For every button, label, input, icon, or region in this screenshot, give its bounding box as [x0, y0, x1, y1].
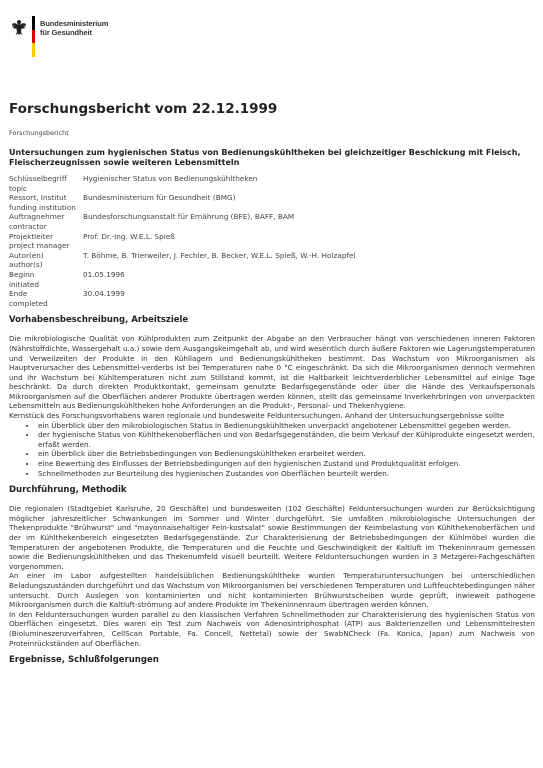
- report-subtitle: Untersuchungen zum hygienischen Status v…: [9, 148, 535, 168]
- metadata-row: Ressort, Institutfunding institutionBund…: [9, 193, 356, 212]
- document-type: Forschungsbericht: [9, 129, 535, 138]
- ministry-name-line2: für Gesundheit: [40, 28, 108, 37]
- metadata-label-de: Projektleiter: [9, 232, 83, 242]
- metadata-label: Beginninitiated: [9, 270, 83, 289]
- metadata-label: Auftragnehmercontractor: [9, 212, 83, 231]
- metadata-value: 30.04.1999: [83, 289, 356, 308]
- metadata-table: SchlüsselbegrifftopicHygienischer Status…: [9, 174, 356, 308]
- method-paragraph-1: Die regionalen (Stadtgebiet Karlsruhe, 2…: [9, 504, 535, 571]
- metadata-label: Projektleiterproject manager: [9, 232, 83, 251]
- metadata-label-de: Auftragnehmer: [9, 212, 83, 222]
- metadata-label-de: Ressort, Institut: [9, 193, 83, 203]
- metadata-row: AuftragnehmercontractorBundesforschungsa…: [9, 212, 356, 231]
- flag-bar: [32, 16, 35, 57]
- metadata-label-en: topic: [9, 184, 83, 194]
- metadata-row: Endecompleted30.04.1999: [9, 289, 356, 308]
- metadata-value: T. Böhme, B. Trierweiler, J. Fechler, B.…: [83, 251, 356, 270]
- report-content: Forschungsbericht vom 22.12.1999 Forschu…: [9, 101, 535, 666]
- metadata-value: Prof. Dr.-Ing. W.E.L. Spieß: [83, 232, 356, 251]
- ministry-name: Bundesministerium für Gesundheit: [40, 19, 108, 37]
- metadata-label-de: Ende: [9, 289, 83, 299]
- metadata-label-de: Beginn: [9, 270, 83, 280]
- metadata-label: Autor(en)author(s): [9, 251, 83, 270]
- metadata-label: Schlüsselbegrifftopic: [9, 174, 83, 193]
- metadata-label: Endecompleted: [9, 289, 83, 308]
- ministry-name-line1: Bundesministerium: [40, 19, 108, 28]
- metadata-row: Autor(en)author(s)T. Böhme, B. Trierweil…: [9, 251, 356, 270]
- metadata-label-en: project manager: [9, 241, 83, 251]
- metadata-label-en: funding institution: [9, 203, 83, 213]
- metadata-row: Projektleiterproject managerProf. Dr.-In…: [9, 232, 356, 251]
- metadata-label-en: completed: [9, 299, 83, 309]
- list-item: ein Überblick über die Betriebsbedingung…: [37, 449, 535, 459]
- section-heading-results: Ergebnisse, Schlußfolgerungen: [9, 655, 535, 666]
- federal-eagle-icon: [11, 19, 27, 36]
- metadata-row: SchlüsselbegrifftopicHygienischer Status…: [9, 174, 356, 193]
- list-item: der hygienische Status von Kühlthekenobe…: [37, 430, 535, 449]
- list-item: Schnellmethoden zur Beurteilung des hygi…: [37, 469, 535, 479]
- metadata-label-en: initiated: [9, 280, 83, 290]
- section-heading-goals: Vorhabensbeschreibung, Arbeitsziele: [9, 315, 535, 326]
- metadata-value: Hygienischer Status von Bedienungskühlth…: [83, 174, 356, 193]
- metadata-label-en: contractor: [9, 222, 83, 232]
- metadata-label: Ressort, Institutfunding institution: [9, 193, 83, 212]
- metadata-label-en: author(s): [9, 260, 83, 270]
- metadata-label-de: Schlüsselbegriff: [9, 174, 83, 184]
- method-paragraph-3: In den Felduntersuchungen wurden paralle…: [9, 610, 535, 648]
- metadata-value: Bundesforschungsanstalt für Ernährung (B…: [83, 212, 356, 231]
- goals-list: ein Überblick über den mikrobiologischen…: [9, 421, 535, 479]
- ministry-logo[interactable]: Bundesministerium für Gesundheit: [11, 16, 108, 57]
- section-heading-method: Durchführung, Methodik: [9, 485, 535, 496]
- method-paragraph-2: An einer im Labor aufgestellten handelsü…: [9, 571, 535, 609]
- page-title: Forschungsbericht vom 22.12.1999: [9, 101, 535, 118]
- metadata-label-de: Autor(en): [9, 251, 83, 261]
- metadata-value: 01.05.1996: [83, 270, 356, 289]
- goals-paragraph-2: Kernstück des Forschungsvorhabens waren …: [9, 411, 535, 421]
- metadata-row: Beginninitiated01.05.1996: [9, 270, 356, 289]
- list-item: eine Bewertung des Einflusses der Betrie…: [37, 459, 535, 469]
- metadata-value: Bundesministerium für Gesundheit (BMG): [83, 193, 356, 212]
- goals-paragraph: Die mikrobiologische Qualität von Kühlpr…: [9, 334, 535, 411]
- list-item: ein Überblick über den mikrobiologischen…: [37, 421, 535, 431]
